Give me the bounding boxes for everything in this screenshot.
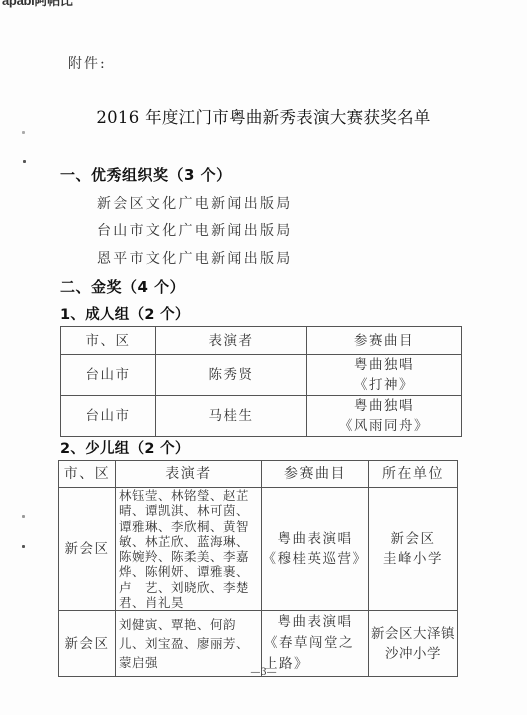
table-row: 台山市 马桂生 粤曲独唱 《风雨同舟》	[61, 396, 462, 437]
cell-district: 新会区	[59, 488, 116, 611]
cell-song: 粤曲表演唱 《穆桂英巡营》	[262, 488, 369, 611]
subheading-youth-group: 2、少儿组（2 个）	[60, 437, 190, 458]
scan-speck	[23, 160, 26, 163]
page-number: —3—	[0, 667, 527, 678]
document-title: 2016 年度江门市粤曲新秀表演大赛获奖名单	[0, 104, 527, 128]
org-award-item: 恩平市文化广电新闻出版局	[97, 248, 293, 268]
song-type: 粤曲独唱	[307, 396, 461, 416]
column-header-song: 参赛曲目	[262, 461, 369, 488]
song-title: 《穆桂英巡营》	[262, 549, 368, 569]
column-header-song: 参赛曲目	[307, 327, 462, 355]
cell-performers: 林钰莹、林铭瑩、赵芷晴、谭凯淇、林可茵、谭雅琳、李欣桐、黄智敏、林芷欣、蓝海琳、…	[116, 488, 262, 611]
table-header-row: 市、区 表演者 参赛曲目 所在单位	[59, 461, 458, 488]
scan-speck	[22, 515, 25, 518]
watermark-logo: apabi阿帕比	[2, 0, 73, 8]
song-title: 《打神》	[307, 375, 461, 395]
song-type: 粤曲表演唱	[262, 529, 368, 549]
section-heading-organization-award: 一、优秀组织奖（3 个）	[60, 164, 232, 185]
table-header-row: 市、区 表演者 参赛曲目	[61, 327, 462, 355]
cell-performer: 马桂生	[156, 396, 307, 437]
column-header-unit: 所在单位	[369, 461, 458, 488]
unit-line: 沙冲小学	[369, 644, 457, 664]
adult-group-table: 市、区 表演者 参赛曲目 台山市 陈秀贤 粤曲独唱 《打神》 台山市 马桂生 粤…	[60, 326, 462, 437]
scan-speck	[22, 545, 25, 548]
column-header-performer: 表演者	[156, 327, 307, 355]
section-heading-gold-award: 二、金奖（4 个）	[60, 276, 185, 297]
org-award-item: 新会区文化广电新闻出版局	[97, 193, 293, 213]
unit-line: 圭峰小学	[369, 549, 457, 569]
song-title: 《风雨同舟》	[307, 416, 461, 436]
table-row: 新会区 林钰莹、林铭瑩、赵芷晴、谭凯淇、林可茵、谭雅琳、李欣桐、黄智敏、林芷欣、…	[59, 488, 458, 611]
scan-speck	[22, 131, 25, 134]
table-row: 台山市 陈秀贤 粤曲独唱 《打神》	[61, 355, 462, 396]
cell-song: 粤曲独唱 《风雨同舟》	[307, 396, 462, 437]
column-header-district: 市、区	[59, 461, 116, 488]
song-type: 粤曲独唱	[307, 355, 461, 375]
cell-district: 台山市	[61, 396, 156, 437]
cell-performer: 陈秀贤	[156, 355, 307, 396]
cell-unit: 新会区 圭峰小学	[369, 488, 458, 611]
column-header-performer: 表演者	[116, 461, 262, 488]
cell-district: 台山市	[61, 355, 156, 396]
unit-line: 新会区	[369, 529, 457, 549]
attachment-label: 附件:	[68, 53, 107, 73]
youth-group-table: 市、区 表演者 参赛曲目 所在单位 新会区 林钰莹、林铭瑩、赵芷晴、谭凯淇、林可…	[58, 460, 458, 677]
org-award-item: 台山市文化广电新闻出版局	[97, 220, 293, 240]
unit-line: 新会区大泽镇	[369, 624, 457, 644]
subheading-adult-group: 1、成人组（2 个）	[60, 303, 190, 324]
song-type: 粤曲表演唱	[262, 612, 368, 633]
cell-song: 粤曲独唱 《打神》	[307, 355, 462, 396]
column-header-district: 市、区	[61, 327, 156, 355]
